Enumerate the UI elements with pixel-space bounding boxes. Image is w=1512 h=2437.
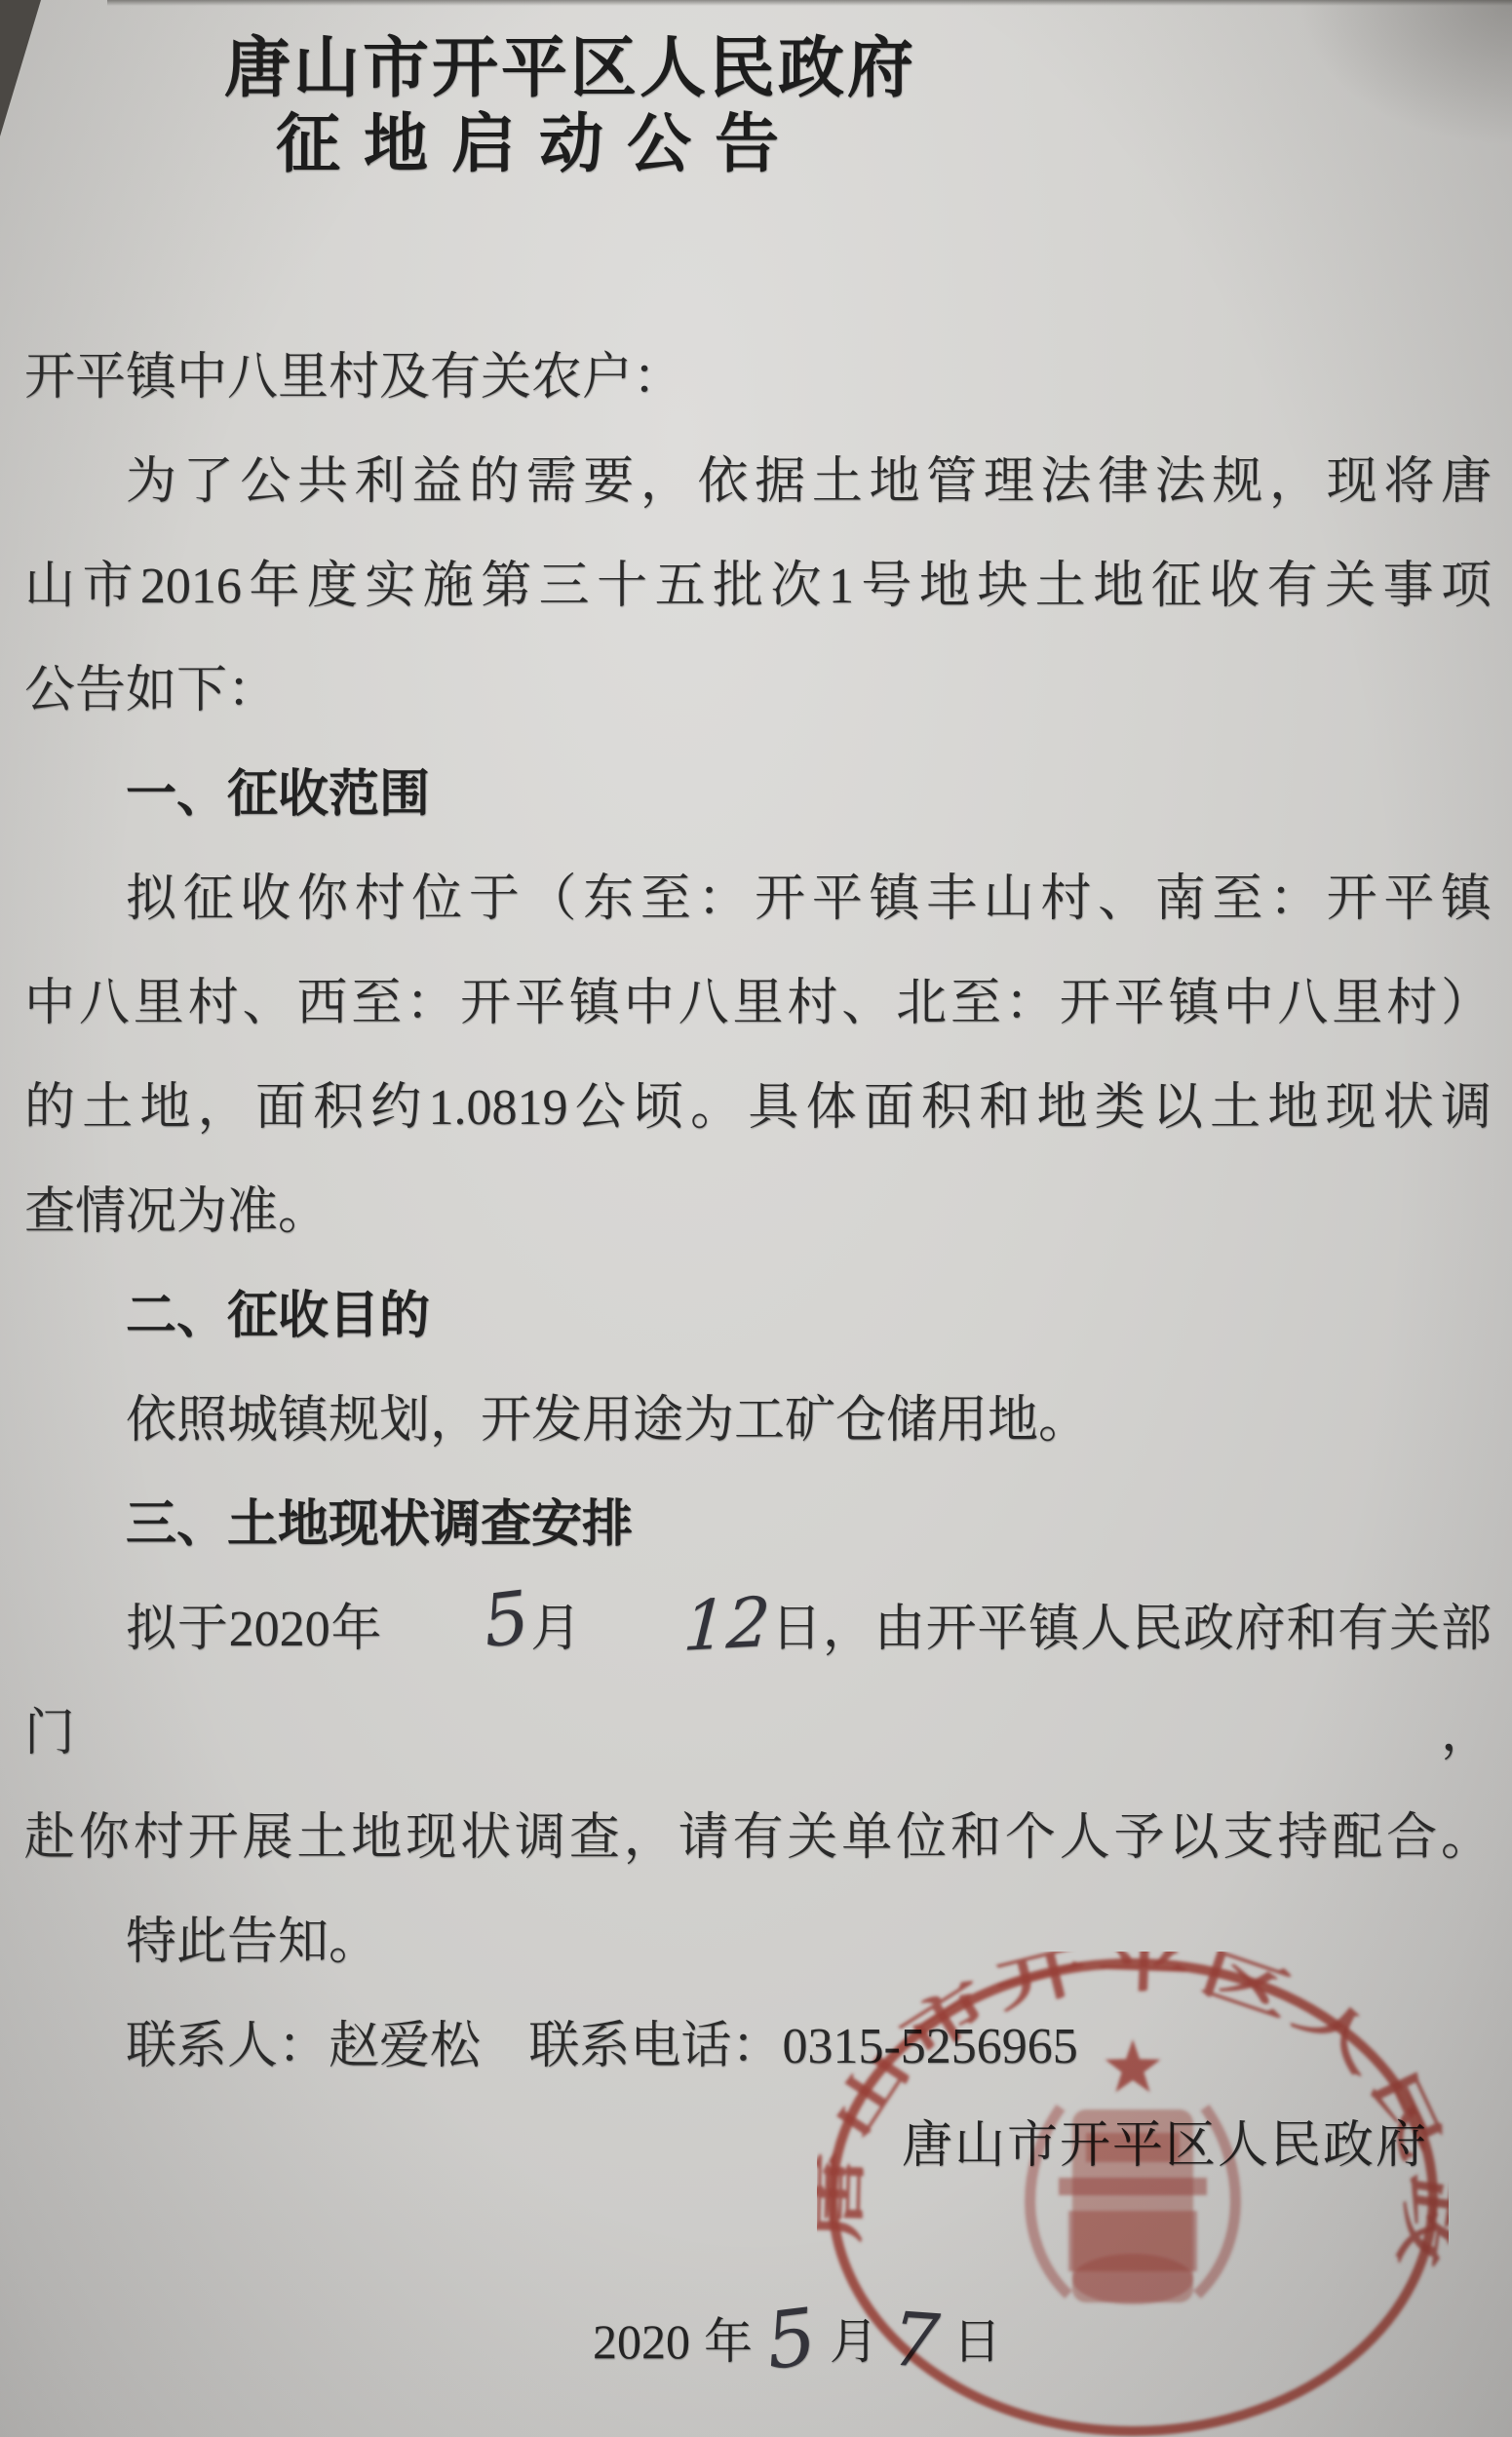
section3-line-2: 赴你村开展土地现状调查，请有关单位和个人予以支持配合。	[24, 1786, 1492, 1890]
section1-line-3: 的土地，面积约1.0819公顷。具体面积和地类以土地现状调	[24, 1056, 1492, 1160]
signature-year: 2020	[593, 2314, 690, 2369]
section2-line-1: 依照城镇规划，开发用途为工矿仓储用地。	[24, 1369, 1492, 1473]
signature-handwritten-month: 5	[766, 2337, 816, 2342]
photo-edge-shadow-top	[107, 0, 1512, 6]
seal-emblem-icon	[1030, 2108, 1236, 2304]
section1-line-2: 中八里村、西至：开平镇中八里村、北至：开平镇中八里村）	[24, 951, 1492, 1056]
contact-person-label: 联系人：	[126, 2019, 329, 2074]
section1-heading: 一、征收范围	[24, 743, 1492, 847]
section1-line-4: 查情况为准。	[24, 1160, 1492, 1264]
intro-line-3: 公告如下：	[24, 638, 1492, 743]
contact-phone-label: 联系电话：	[528, 2019, 782, 2074]
document-body: 开平镇中八里村及有关农户： 为了公共利益的需要，依据土地管理法律法规，现将唐 山…	[24, 326, 1492, 2099]
section3-heading: 三、土地现状调查安排	[24, 1473, 1492, 1577]
section3-line1-prefix: 拟于2020年	[126, 1602, 382, 1657]
section2-heading: 二、征收目的	[24, 1264, 1492, 1369]
official-seal: 唐山市开平区人民政府	[817, 1952, 1449, 2437]
photo-corner-shadow-top-right	[1298, 0, 1512, 146]
intro-line-2: 山市2016年度实施第三十五批次1号地块土地征收有关事项	[24, 534, 1492, 638]
document-title-announcement: 征地启动公告	[0, 92, 1055, 184]
handwritten-month: 5	[383, 1617, 529, 1635]
contact-person-name: 赵爱松	[329, 2019, 481, 2074]
section3-month-unit: 月	[529, 1602, 582, 1657]
salutation: 开平镇中八里村及有关农户：	[24, 326, 1492, 430]
handwritten-day: 12	[582, 1622, 770, 1632]
signature-year-unit: 年	[704, 2314, 753, 2369]
seal-star-icon	[1105, 2039, 1161, 2092]
intro-line-1: 为了公共利益的需要，依据土地管理法律法规，现将唐	[24, 430, 1492, 534]
section1-line-1: 拟征收你村位于（东至：开平镇丰山村、南至：开平镇	[24, 847, 1492, 951]
section3-line-1: 拟于2020年5月12日，由开平镇人民政府和有关部门，	[24, 1577, 1492, 1786]
